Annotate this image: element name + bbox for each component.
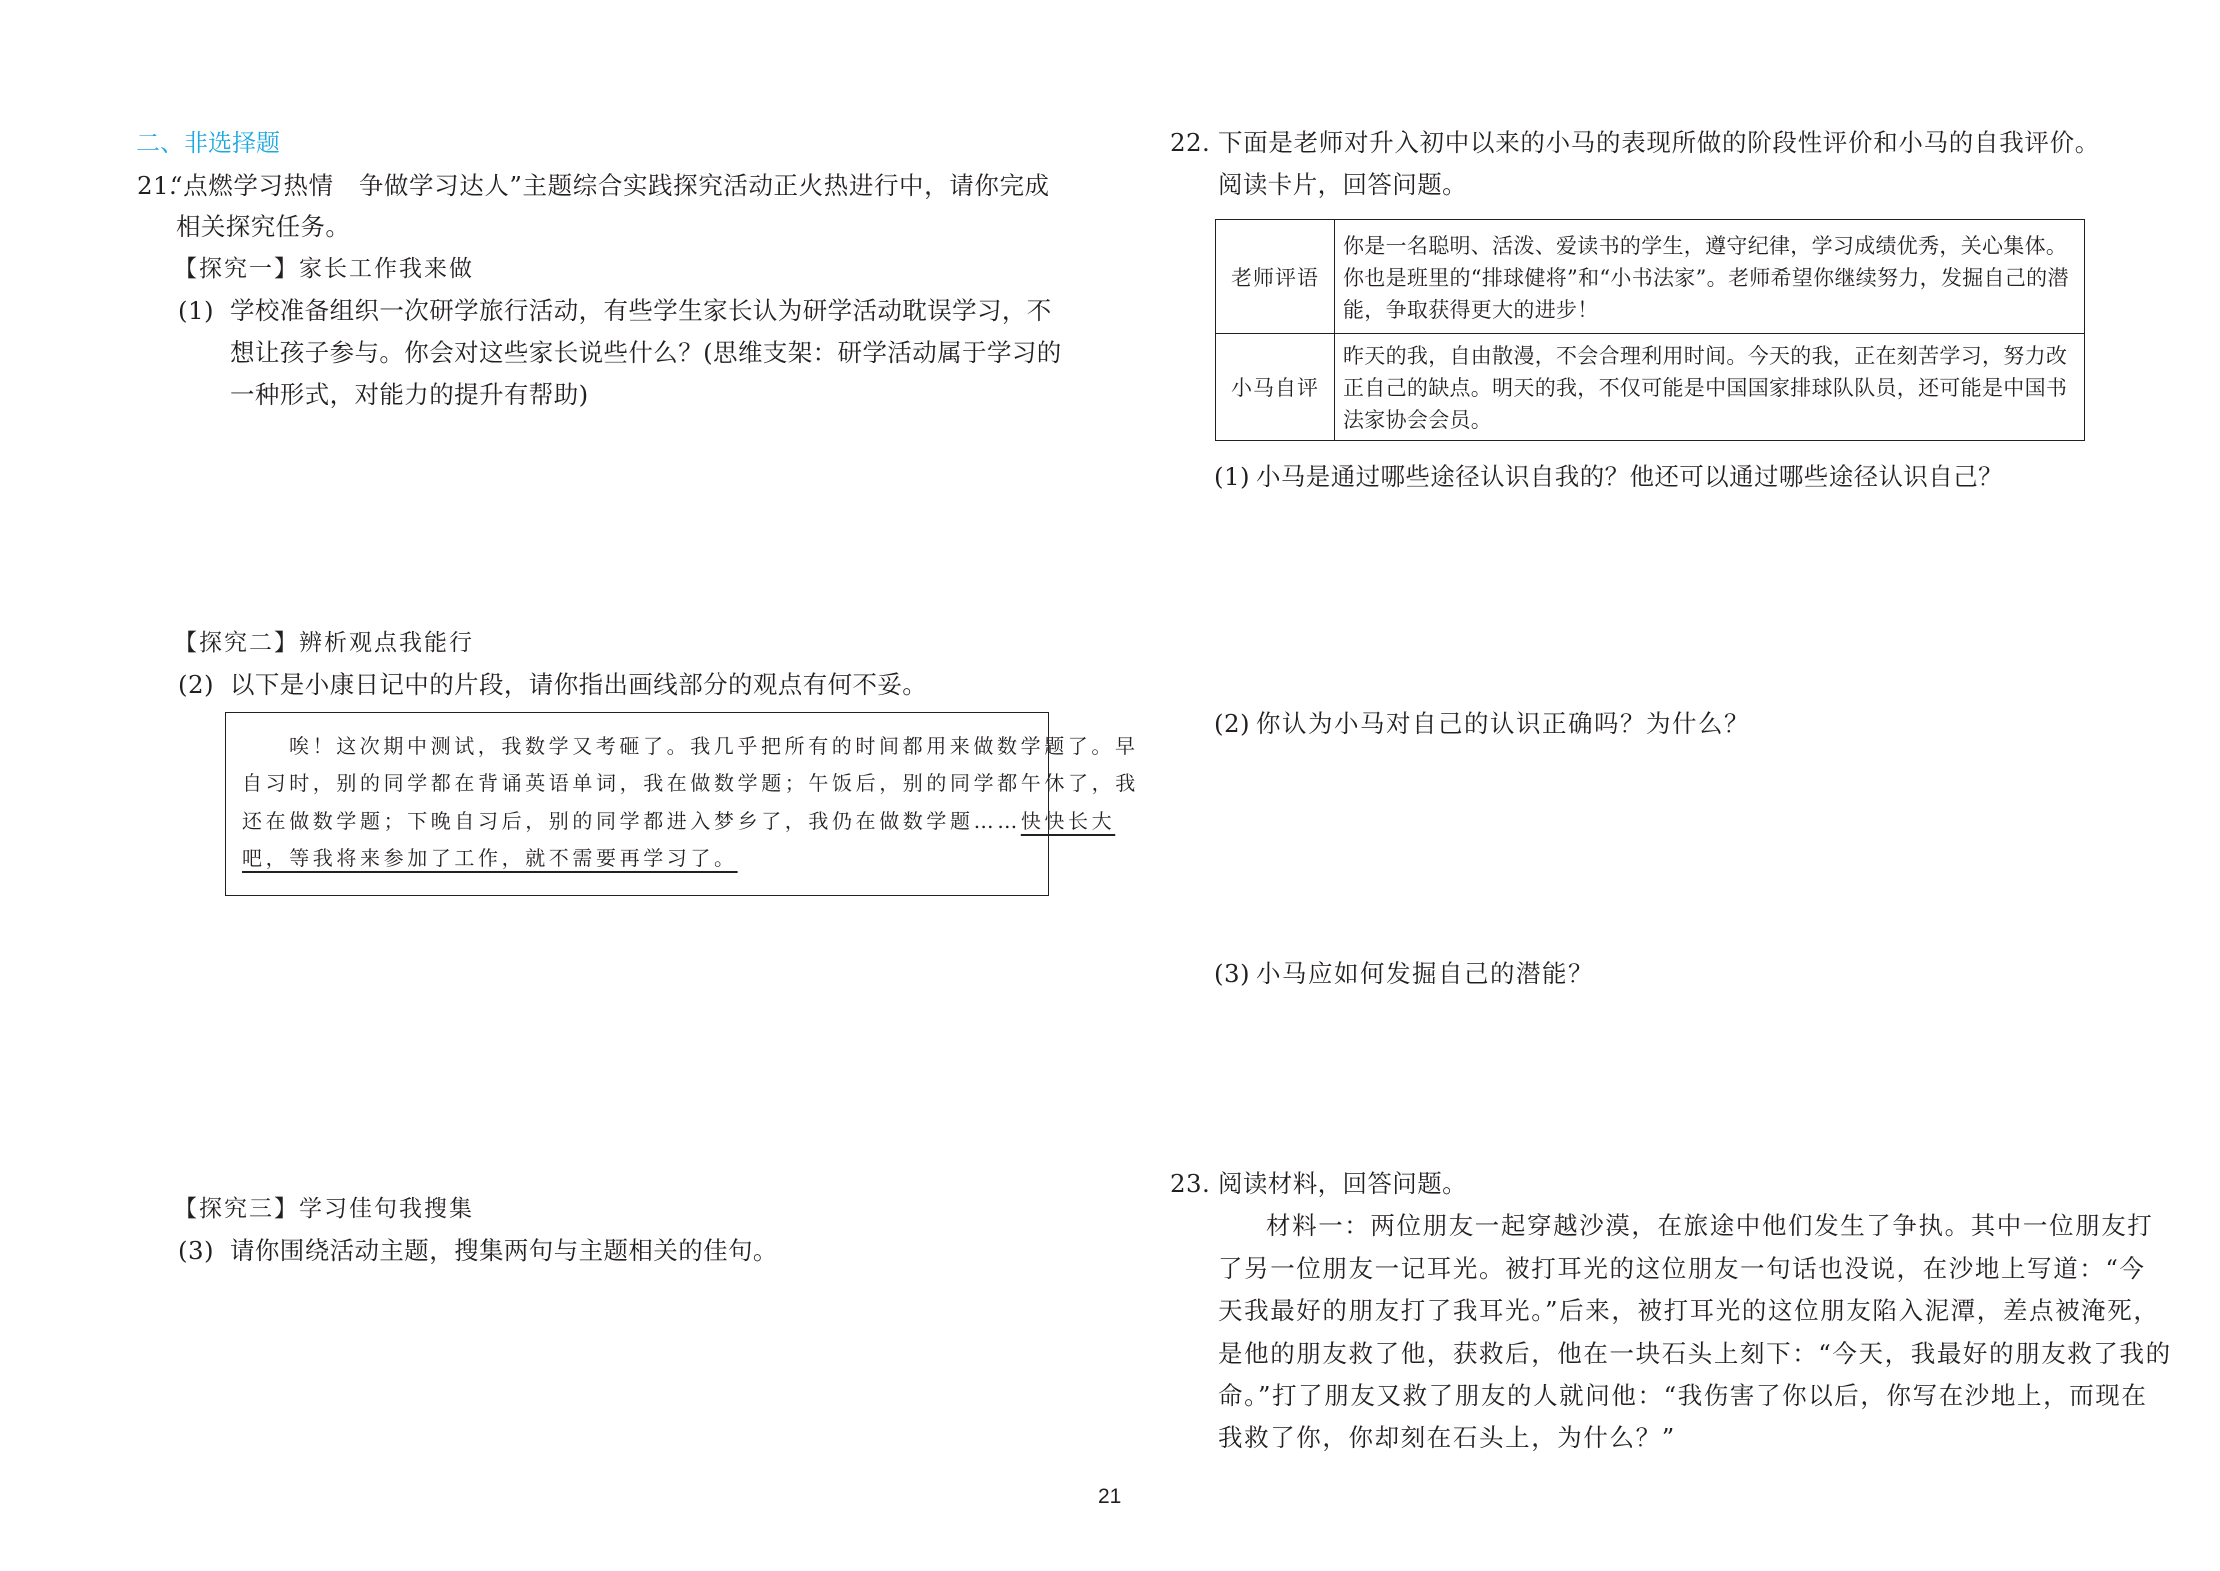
q21-part3-label: (3) — [178, 1230, 214, 1272]
q22-q2-label: (2) — [1214, 703, 1250, 745]
q23-stem: 阅读材料，回答问题。 — [1218, 1163, 1467, 1205]
q21-part2-question: 以下是小康日记中的片段，请你指出画线部分的观点有何不妥。 — [230, 664, 927, 706]
q22-q3-label: (3) — [1214, 953, 1250, 995]
evaluation-card-table: 老师评语 你是一名聪明、活泼、爱读书的学生，遵守纪律，学习成绩优秀，关心集体。你… — [1215, 219, 2085, 441]
q21-stem-line1: “点燃学习热情 争做学习达人”主题综合实践探究活动正火热进行中，请你完成 — [170, 165, 1050, 207]
q23-material-line1: 材料一：两位朋友一起穿越沙漠，在旅途中他们发生了争执。其中一位朋友打 — [1266, 1205, 2153, 1247]
q22-q1-label: (1) — [1214, 456, 1250, 498]
q21-part1-line1: 学校准备组织一次研学旅行活动，有些学生家长认为研学活动耽误学习，不 — [230, 290, 1052, 332]
diary-underlined-end: 吧，等我将来参加了工作，就不需要再学习了。 — [242, 843, 738, 873]
q21-part1-line3: 一种形式，对能力的提升有帮助) — [230, 374, 589, 416]
q21-part1-title: 【探究一】家长工作我来做 — [174, 248, 474, 290]
diary-line-1: 唉！这次期中测试，我数学又考砸了。我几乎把所有的时间都用来做数学题了。早 — [289, 731, 1139, 761]
q21-stem-line2: 相关探究任务。 — [176, 206, 350, 248]
q22-q2-text: 你认为小马对自己的认识正确吗？为什么？ — [1256, 703, 1750, 745]
card-label-teacher: 老师评语 — [1216, 220, 1335, 334]
card-label-self: 小马自评 — [1216, 334, 1335, 441]
q23-material-line5: 命。”打了朋友又救了朋友的人就问他：“我伤害了你以后，你写在沙地上，而现在 — [1218, 1375, 2148, 1417]
q22-stem-line2: 阅读卡片，回答问题。 — [1218, 164, 1467, 206]
section-heading: 二、非选择题 — [136, 122, 280, 164]
diary-line-3-plain: 还在做数学题；下晚自习后，别的同学都进入梦乡了，我仍在做数学题…… — [242, 809, 1021, 833]
diary-line-2: 自习时，别的同学都在背诵英语单词，我在做数学题；午饭后，别的同学都午休了，我 — [242, 768, 1139, 798]
q21-part2-title: 【探究二】辨析观点我能行 — [174, 622, 474, 664]
q23-material-line2: 了另一位朋友一记耳光。被打耳光的这位朋友一句话也没说，在沙地上写道：“今 — [1218, 1248, 2146, 1290]
q23-number: 23. — [1170, 1163, 1210, 1205]
q21-part3-question: 请你围绕活动主题，搜集两句与主题相关的佳句。 — [230, 1230, 778, 1272]
card-row-self: 小马自评 昨天的我，自由散漫，不会合理利用时间。今天的我，正在刻苦学习，努力改正… — [1216, 334, 2085, 441]
diary-line-3: 还在做数学题；下晚自习后，别的同学都进入梦乡了，我仍在做数学题……快快长大 — [242, 806, 1115, 836]
q21-part1-line2: 想让孩子参与。你会对这些家长说些什么？(思维支架：研学活动属于学习的 — [230, 332, 1062, 374]
q22-q3-text: 小马应如何发掘自己的潜能？ — [1256, 953, 1594, 995]
q22-q1-text: 小马是通过哪些途径认识自我的？他还可以通过哪些途径认识自己？ — [1256, 456, 2003, 498]
q23-material-line3: 天我最好的朋友打了我耳光。”后来，被打耳光的这位朋友陷入泥潭，差点被淹死， — [1218, 1290, 2159, 1332]
q21-part1-label: (1) — [178, 290, 214, 332]
q21-part3-title: 【探究三】学习佳句我搜集 — [174, 1188, 474, 1230]
page-number: 21 — [1098, 1485, 1121, 1509]
q22-stem-line1: 下面是老师对升入初中以来的小马的表现所做的阶段性评价和小马的自我评价。 — [1218, 122, 2100, 164]
card-text-self: 昨天的我，自由散漫，不会合理利用时间。今天的我，正在刻苦学习，努力改正自己的缺点… — [1335, 334, 2085, 441]
q22-number: 22. — [1170, 122, 1210, 164]
diary-excerpt-box: 唉！这次期中测试，我数学又考砸了。我几乎把所有的时间都用来做数学题了。早 自习时… — [225, 712, 1049, 896]
card-row-teacher: 老师评语 你是一名聪明、活泼、爱读书的学生，遵守纪律，学习成绩优秀，关心集体。你… — [1216, 220, 2085, 334]
diary-underlined-start: 快快长大 — [1021, 809, 1115, 833]
q23-material-line6: 我救了你，你却刻在石头上，为什么？” — [1218, 1417, 1676, 1459]
q21-part2-label: (2) — [178, 664, 214, 706]
card-text-teacher: 你是一名聪明、活泼、爱读书的学生，遵守纪律，学习成绩优秀，关心集体。你也是班里的… — [1335, 220, 2085, 334]
q23-material-line4: 是他的朋友救了他，获救后，他在一块石头上刻下：“今天，我最好的朋友救了我的 — [1218, 1333, 2172, 1375]
